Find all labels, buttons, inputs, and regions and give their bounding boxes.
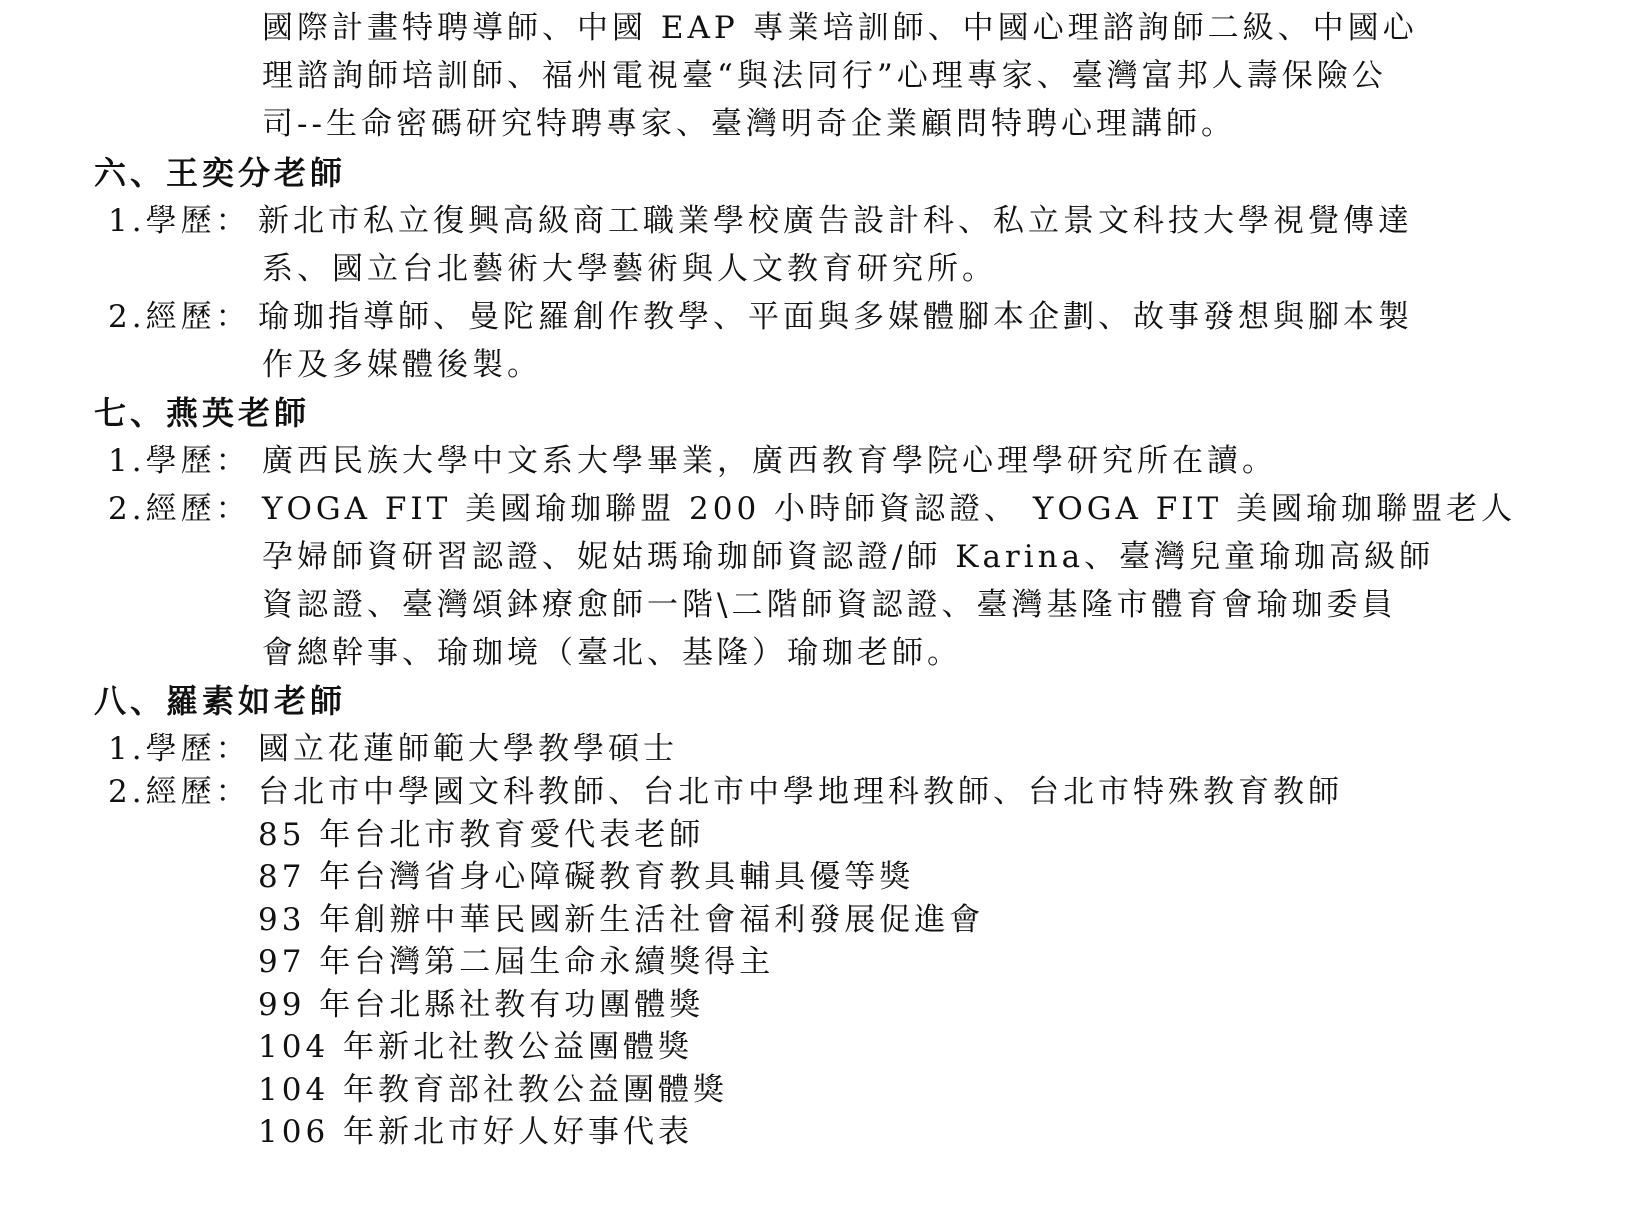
award-line: 87 年台灣省身心障礙教育教具輔具優等獎 [258, 857, 914, 897]
award-line: 104 年新北社教公益團體獎 [258, 1027, 693, 1067]
experience-label: 2.經歷： [108, 297, 251, 337]
experience-line: 孕婦師資研習認證、妮姑瑪瑜珈師資認證/師 Karina、臺灣兒童瑜珈高級師 [262, 537, 1434, 577]
experience-line: 會總幹事、瑜珈境（臺北、基隆）瑜珈老師。 [262, 633, 962, 673]
education-label: 1.學歷： [108, 201, 251, 241]
award-line: 99 年台北縣社教有功團體獎 [258, 985, 704, 1025]
award-line: 106 年新北市好人好事代表 [258, 1112, 693, 1152]
education-line: 國立花蓮師範大學教學碩士 [258, 729, 678, 769]
intro-line: 司--生命密碼研究特聘專家、臺灣明奇企業顧問特聘心理講師。 [262, 104, 1236, 144]
experience-label: 2.經歷： [108, 489, 251, 529]
document-page: 國際計畫特聘導師、中國 EAP 專業培訓師、中國心理諮詢師二級、中國心 理諮詢師… [0, 0, 1649, 1211]
education-label: 1.學歷： [108, 441, 251, 481]
award-line: 104 年教育部社教公益團體獎 [258, 1070, 728, 1110]
intro-line: 理諮詢師培訓師、福州電視臺“與法同行”心理專家、臺灣富邦人壽保險公 [262, 56, 1387, 96]
education-label: 1.學歷： [108, 729, 251, 769]
experience-line: 台北市中學國文科教師、台北市中學地理科教師、台北市特殊教育教師 [258, 772, 1343, 812]
education-line: 廣西民族大學中文系大學畢業，廣西教育學院心理學研究所在讀。 [262, 441, 1277, 481]
experience-line: 瑜珈指導師、曼陀羅創作教學、平面與多媒體腳本企劃、故事發想與腳本製 [258, 297, 1413, 337]
award-line: 93 年創辦中華民國新生活社會福利發展促進會 [258, 900, 984, 940]
experience-line: 資認證、臺灣頌鉢療愈師一階\二階師資認證、臺灣基隆市體育會瑜珈委員 [262, 585, 1396, 625]
intro-line: 國際計畫特聘導師、中國 EAP 專業培訓師、中國心理諮詢師二級、中國心 [262, 8, 1418, 48]
education-line: 新北市私立復興高級商工職業學校廣告設計科、私立景文科技大學視覺傳達 [258, 201, 1413, 241]
experience-label: 2.經歷： [108, 772, 251, 812]
experience-line: YOGA FIT 美國瑜珈聯盟 200 小時師資認證、 YOGA FIT 美國瑜… [262, 489, 1516, 529]
award-line: 85 年台北市教育愛代表老師 [258, 815, 704, 855]
experience-line: 作及多媒體後製。 [262, 345, 542, 385]
education-line: 系、國立台北藝術大學藝術與人文教育研究所。 [262, 249, 997, 289]
section-heading-6: 六、王奕分老師 [94, 153, 346, 193]
section-heading-8: 八、羅素如老師 [94, 681, 346, 721]
section-heading-7: 七、燕英老師 [94, 393, 310, 433]
award-line: 97 年台灣第二屆生命永續獎得主 [258, 942, 774, 982]
